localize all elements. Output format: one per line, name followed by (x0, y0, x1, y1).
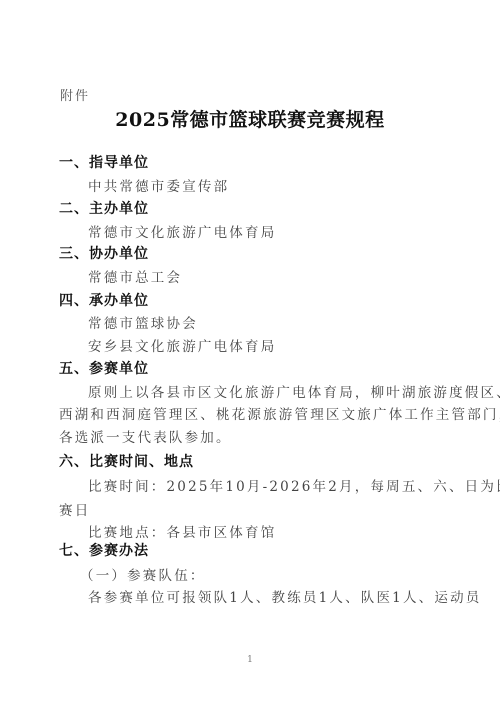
page-number: 1 (0, 655, 500, 665)
match-location: 比赛地点：各县市区体育馆 (88, 524, 472, 542)
section-heading-time-location: 六、比赛时间、地点 (59, 453, 443, 471)
subsection-heading-teams: （一）参赛队伍： (80, 567, 464, 585)
attachment-label: 附件 (60, 89, 90, 105)
participating-units-paragraph-line-3: 各选派一支代表队参加。 (59, 429, 443, 447)
section-heading-co-host-unit: 三、协办单位 (59, 245, 443, 263)
match-time-line-1: 比赛时间：2025年10月-2026年2月，每周五、六、日为比 (88, 478, 472, 496)
guiding-unit-value: 中共常德市委宣传部 (88, 178, 472, 196)
match-time-line-2: 赛日 (59, 502, 443, 520)
section-heading-participation-method: 七、参赛办法 (59, 542, 443, 560)
document-page: 附件 2025常德市篮球联赛竞赛规程 一、指导单位 中共常德市委宣传部 二、主办… (0, 0, 500, 707)
organizer-unit-value-1: 常德市篮球协会 (88, 315, 472, 333)
section-heading-organizer-unit: 四、承办单位 (59, 292, 443, 310)
section-heading-participating-units: 五、参赛单位 (59, 360, 443, 378)
participating-units-paragraph-line-2: 西湖和西洞庭管理区、桃花源旅游管理区文旅广体工作主管部门， (59, 406, 443, 424)
teams-paragraph-line-1: 各参赛单位可报领队1人、教练员1人、队医1人、运动员 (88, 589, 472, 607)
organizer-unit-value-2: 安乡县文化旅游广电体育局 (88, 338, 472, 356)
document-title: 2025常德市篮球联赛竞赛规程 (0, 108, 500, 132)
section-heading-host-unit: 二、主办单位 (59, 200, 443, 218)
host-unit-value: 常德市文化旅游广电体育局 (88, 224, 472, 242)
section-heading-guiding-unit: 一、指导单位 (59, 154, 443, 172)
participating-units-paragraph-line-1: 原则上以各县市区文化旅游广电体育局，柳叶湖旅游度假区、 (88, 384, 472, 402)
co-host-unit-value: 常德市总工会 (88, 269, 472, 287)
